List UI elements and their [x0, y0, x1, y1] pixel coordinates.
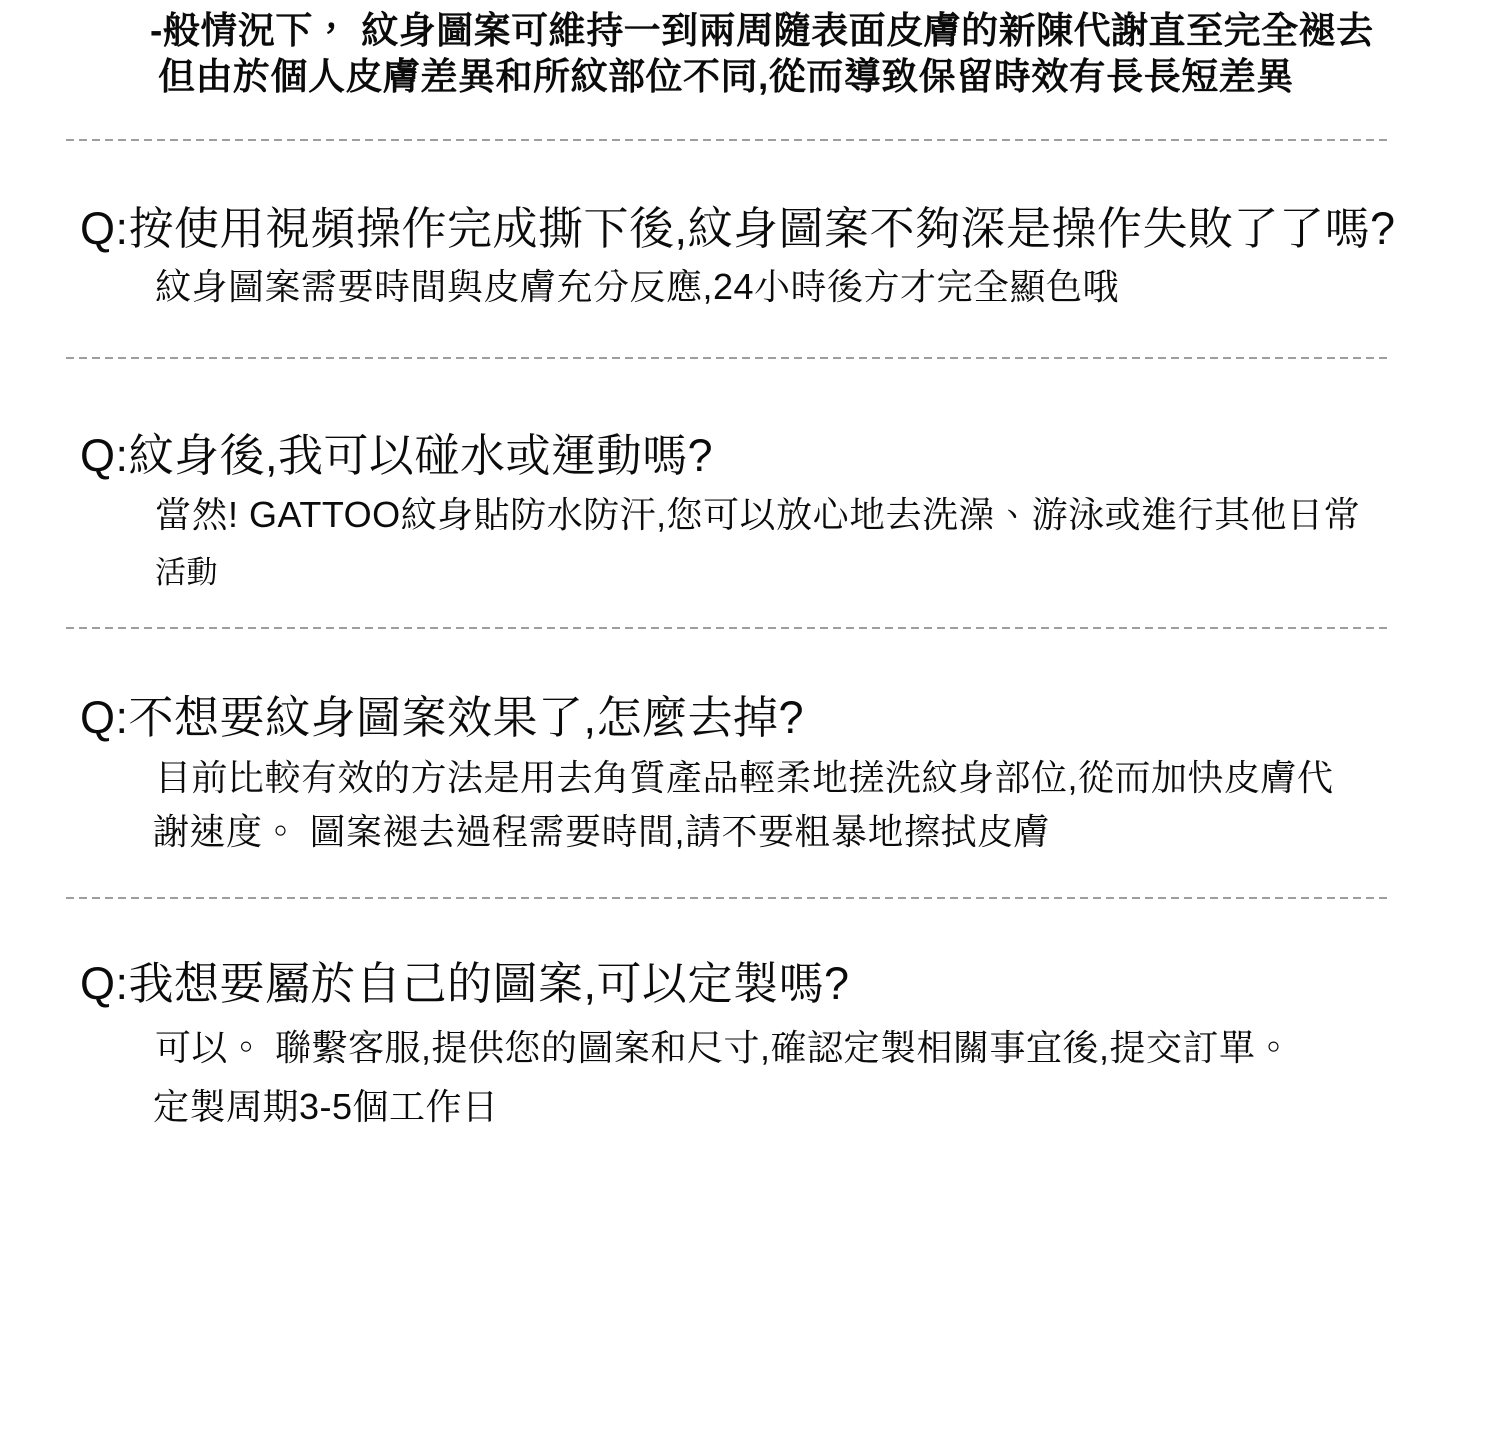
intro-text-line-1: -般情況下， 紋身圖案可維持一到兩周隨表面皮膚的新陳代謝直至完全褪去: [150, 10, 1374, 53]
faq-answer-4-line-2: 定製周期3-5個工作日: [153, 1086, 499, 1127]
section-divider-4: [66, 897, 1388, 899]
faq-answer-3-line-2: 謝速度。 圖案褪去過程需要時間,請不要粗暴地擦拭皮膚: [153, 811, 1050, 852]
section-divider-2: [66, 357, 1388, 359]
faq-answer-3-line-1: 目前比較有效的方法是用去角質產品輕柔地搓洗紋身部位,從而加快皮膚代: [155, 757, 1334, 798]
faq-question-4: Q:我想要屬於自己的圖案,可以定製嗎?: [80, 958, 850, 1010]
section-divider-1: [66, 139, 1388, 141]
faq-page: -般情況下， 紋身圖案可維持一到兩周隨表面皮膚的新陳代謝直至完全褪去 但由於個人…: [0, 0, 1500, 1452]
faq-answer-2-line-1: 當然! GATTOO紋身貼防水防汗,您可以放心地去洗澡、游泳或進行其他日常: [155, 494, 1360, 535]
faq-question-1: Q:按使用視頻操作完成撕下後,紋身圖案不夠深是操作失敗了了嗎?: [80, 203, 1396, 255]
intro-text-line-2: 但由於個人皮膚差異和所紋部位不同,從而導致保留時效有長長短差異: [158, 56, 1294, 99]
section-divider-3: [66, 627, 1388, 629]
faq-answer-2-line-2: 活動: [155, 555, 218, 591]
faq-answer-4-line-1: 可以。 聯繫客服,提供您的圖案和尺寸,確認定製相關事宜後,提交訂單。: [155, 1027, 1292, 1068]
faq-question-3: Q:不想要紋身圖案效果了,怎麼去掉?: [80, 692, 804, 744]
faq-answer-1-line-1: 紋身圖案需要時間與皮膚充分反應,24小時後方才完全顯色哦: [155, 266, 1119, 307]
faq-question-2: Q:紋身後,我可以碰水或運動嗎?: [80, 430, 713, 482]
